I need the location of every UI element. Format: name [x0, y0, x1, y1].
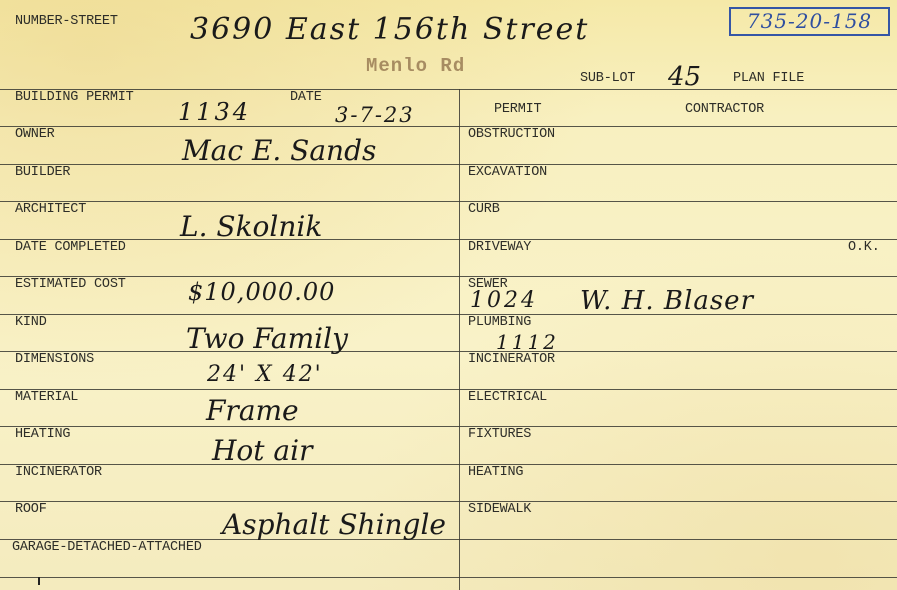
number-street-label: NUMBER-STREET	[15, 14, 118, 29]
column-divider	[459, 89, 460, 590]
dimensions-label: DIMENSIONS	[15, 352, 94, 367]
date-label: DATE	[290, 90, 322, 105]
heating-value: Hot air	[212, 434, 312, 467]
kind-label: KIND	[15, 315, 47, 330]
rule	[0, 501, 897, 502]
stamped-street-name: Menlo Rd	[366, 55, 465, 77]
plan-file-label: PLAN FILE	[733, 71, 804, 86]
rule	[0, 314, 897, 315]
building-permit-value: 1134	[178, 98, 251, 126]
number-street-value: 3690 East 156th Street	[190, 12, 589, 47]
owner-label: OWNER	[15, 127, 55, 142]
dimensions-value: 24' X 42'	[207, 362, 323, 387]
date-completed-label: DATE COMPLETED	[15, 240, 126, 255]
estimated-cost-label: ESTIMATED COST	[15, 277, 126, 292]
rule	[0, 426, 897, 427]
garage-label: GARAGE-DETACHED-ATTACHED	[12, 540, 202, 555]
rule	[0, 389, 897, 390]
rule	[0, 464, 897, 465]
building-permit-label: BUILDING PERMIT	[15, 90, 134, 105]
roof-label: ROOF	[15, 502, 47, 517]
incinerator-permit-label: INCINERATOR	[468, 352, 555, 367]
sub-lot-label: SUB-LOT	[580, 71, 635, 86]
rule	[0, 351, 897, 352]
owner-value: Mac E. Sands	[182, 134, 376, 167]
curb-label: CURB	[468, 202, 500, 217]
rule	[0, 239, 897, 240]
permit-card: 735-20-158 NUMBER-STREET 3690 East 156th…	[0, 0, 897, 590]
excavation-label: EXCAVATION	[468, 165, 547, 180]
architect-value: L. Skolnik	[180, 210, 322, 243]
rule	[0, 164, 897, 165]
material-label: MATERIAL	[15, 390, 78, 405]
rule	[0, 577, 897, 578]
kind-value: Two Family	[186, 322, 348, 355]
heating-permit-label: HEATING	[468, 465, 523, 480]
material-value: Frame	[206, 394, 299, 427]
fixtures-label: FIXTURES	[468, 427, 531, 442]
contractor-column-header: CONTRACTOR	[685, 102, 764, 117]
incinerator-label: INCINERATOR	[15, 465, 102, 480]
electrical-label: ELECTRICAL	[468, 390, 547, 405]
sidewalk-label: SIDEWALK	[468, 502, 531, 517]
builder-label: BUILDER	[15, 165, 70, 180]
sewer-contractor-value: W. H. Blaser	[580, 286, 754, 316]
date-value: 3-7-23	[335, 103, 415, 127]
rule	[0, 276, 897, 277]
estimated-cost-value: $10,000.00	[188, 278, 335, 306]
obstruction-label: OBSTRUCTION	[468, 127, 555, 142]
file-number-box: 735-20-158	[729, 7, 890, 36]
permit-column-header: PERMIT	[494, 102, 541, 117]
sub-lot-value: 45	[668, 62, 701, 92]
rule	[0, 201, 897, 202]
heating-label: HEATING	[15, 427, 70, 442]
sewer-permit-value: 1024	[470, 288, 538, 313]
rule	[0, 126, 897, 127]
roof-value: Asphalt Shingle	[222, 508, 446, 541]
plumbing-label: PLUMBING	[468, 315, 531, 330]
driveway-label: DRIVEWAY	[468, 240, 531, 255]
tick-mark	[38, 577, 40, 585]
plumbing-permit-value: 1112	[496, 330, 559, 354]
architect-label: ARCHITECT	[15, 202, 86, 217]
driveway-note: O.K.	[848, 240, 880, 255]
rule	[0, 89, 897, 90]
